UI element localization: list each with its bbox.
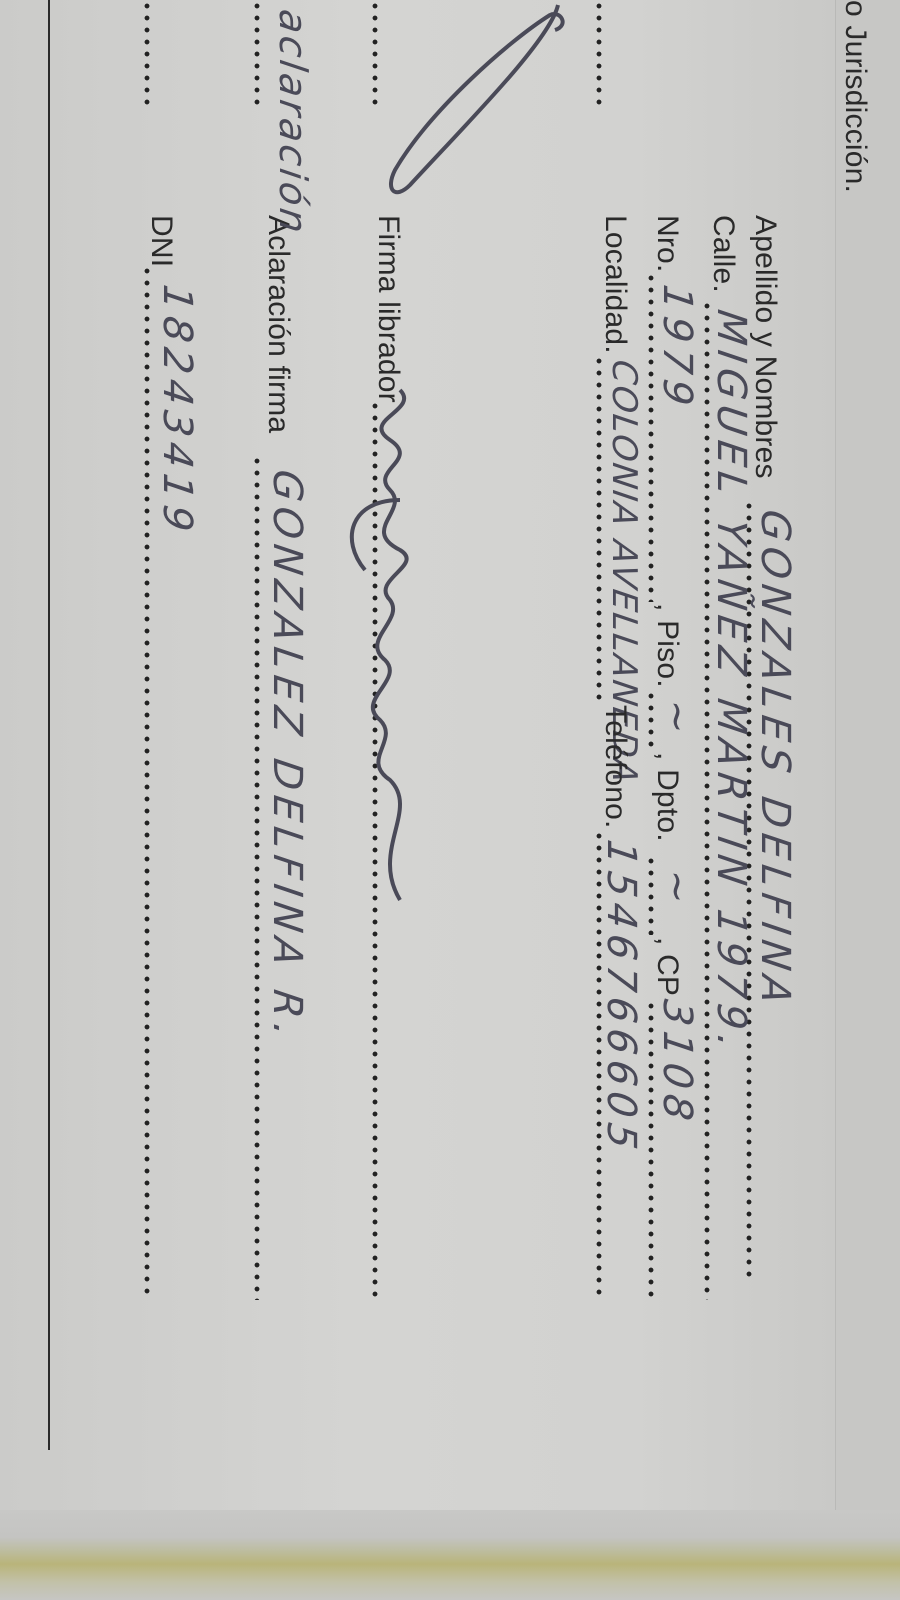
field-line-localidad[interactable]: [596, 355, 602, 705]
label-aclaracion-firma: Aclaración firma: [261, 215, 295, 433]
value-nro[interactable]: 1979: [654, 282, 700, 414]
label-dpto: , Dpto.: [650, 752, 684, 842]
value-calle[interactable]: MIGUEL YAÑEZ MARTIN 1979.: [708, 307, 754, 1057]
left-dots-3: [254, 0, 260, 110]
field-line-dni[interactable]: [144, 265, 150, 1300]
value-cp[interactable]: 3108: [654, 997, 700, 1129]
field-line-aclaracion[interactable]: [254, 455, 260, 1300]
value-apellido-nombres[interactable]: GONZALES DELFINA: [752, 507, 798, 1013]
value-telefono[interactable]: 1546766605: [598, 837, 644, 1158]
value-dpto[interactable]: ~: [654, 867, 700, 913]
value-piso[interactable]: ~: [654, 697, 700, 743]
value-aclaracion-firma[interactable]: GONZALEZ DELFINA R.: [264, 467, 310, 1046]
label-dni: DNI: [144, 215, 178, 267]
label-piso: , Piso.: [650, 603, 684, 688]
label-calle: Calle.: [706, 215, 740, 293]
signature-librador[interactable]: [340, 380, 460, 940]
form-sheet: o Jurisdicción. Apellido y Nombres GONZA…: [0, 0, 900, 1600]
value-dni[interactable]: 18243419: [154, 282, 200, 540]
label-telefono: Teléfono.: [598, 705, 632, 829]
left-dots-4: [144, 0, 150, 110]
jurisdiction-text: o Jurisdicción.: [838, 0, 872, 193]
divider-rule: [48, 0, 50, 1450]
label-nro: Nro.: [650, 215, 684, 272]
label-cp: , CP: [650, 937, 684, 996]
signature-loop: [320, 0, 570, 200]
label-firma-librador: Firma librador: [371, 215, 405, 403]
margin-scribble: aclaración: [271, 7, 315, 239]
label-localidad: Localidad.: [598, 215, 632, 354]
left-dots-1: [596, 0, 602, 110]
